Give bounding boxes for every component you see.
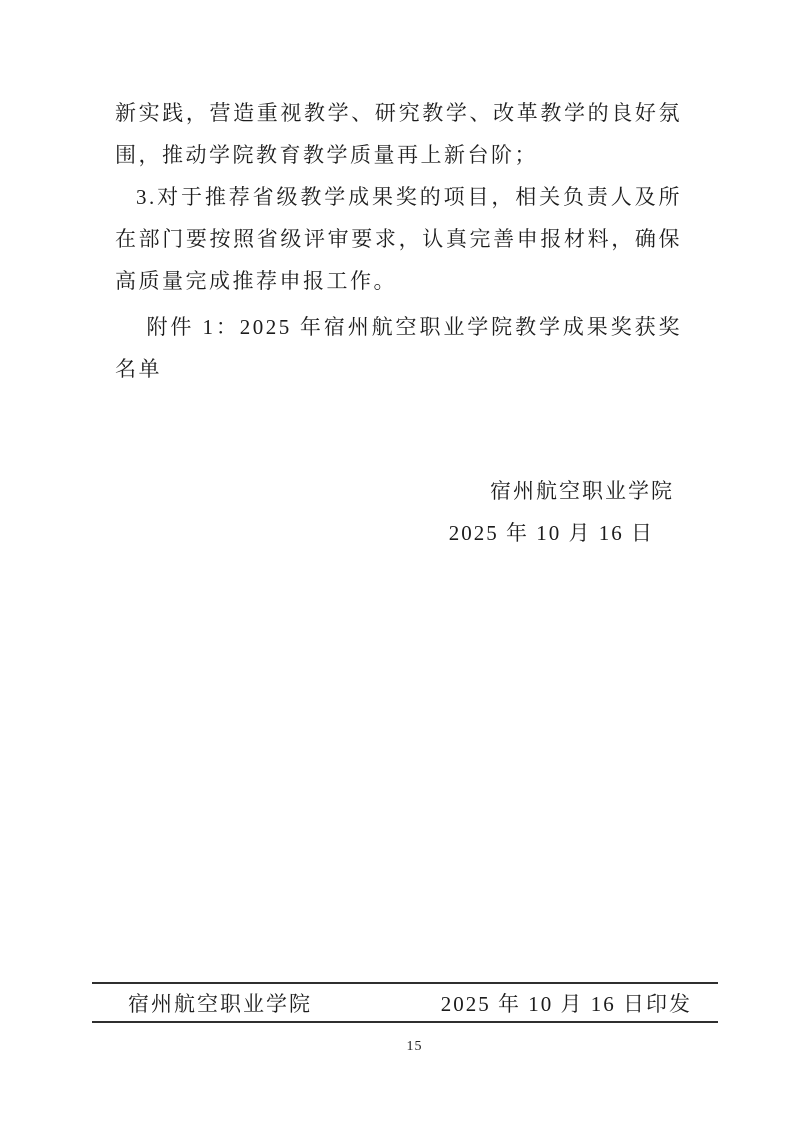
signature-date: 2025 年 10 月 16 日 (115, 512, 682, 554)
page-number: 15 (0, 1039, 793, 1055)
body-paragraph-continuation: 新实践，营造重视教学、研究教学、改革教学的良好氛围，推动学院教育教学质量再上新台… (115, 92, 682, 176)
footer-print-date: 2025 年 10 月 16 日印发 (441, 988, 692, 1018)
body-paragraph-item-3: 3.对于推荐省级教学成果奖的项目，相关负责人及所在部门要按照省级评审要求，认真完… (115, 176, 682, 302)
footer-issuer: 宿州航空职业学院 (128, 988, 312, 1018)
attachment-reference: 附件 1：2025 年宿州航空职业学院教学成果奖获奖名单 (115, 306, 682, 390)
document-body: 新实践，营造重视教学、研究教学、改革教学的良好氛围，推动学院教育教学质量再上新台… (115, 92, 682, 554)
document-page: 新实践，营造重视教学、研究教学、改革教学的良好氛围，推动学院教育教学质量再上新台… (0, 0, 793, 1122)
signature-organization: 宿州航空职业学院 (115, 470, 682, 512)
signature-block: 宿州航空职业学院 2025 年 10 月 16 日 (115, 470, 682, 554)
footer-issuance-bar: 宿州航空职业学院 2025 年 10 月 16 日印发 (92, 982, 718, 1023)
